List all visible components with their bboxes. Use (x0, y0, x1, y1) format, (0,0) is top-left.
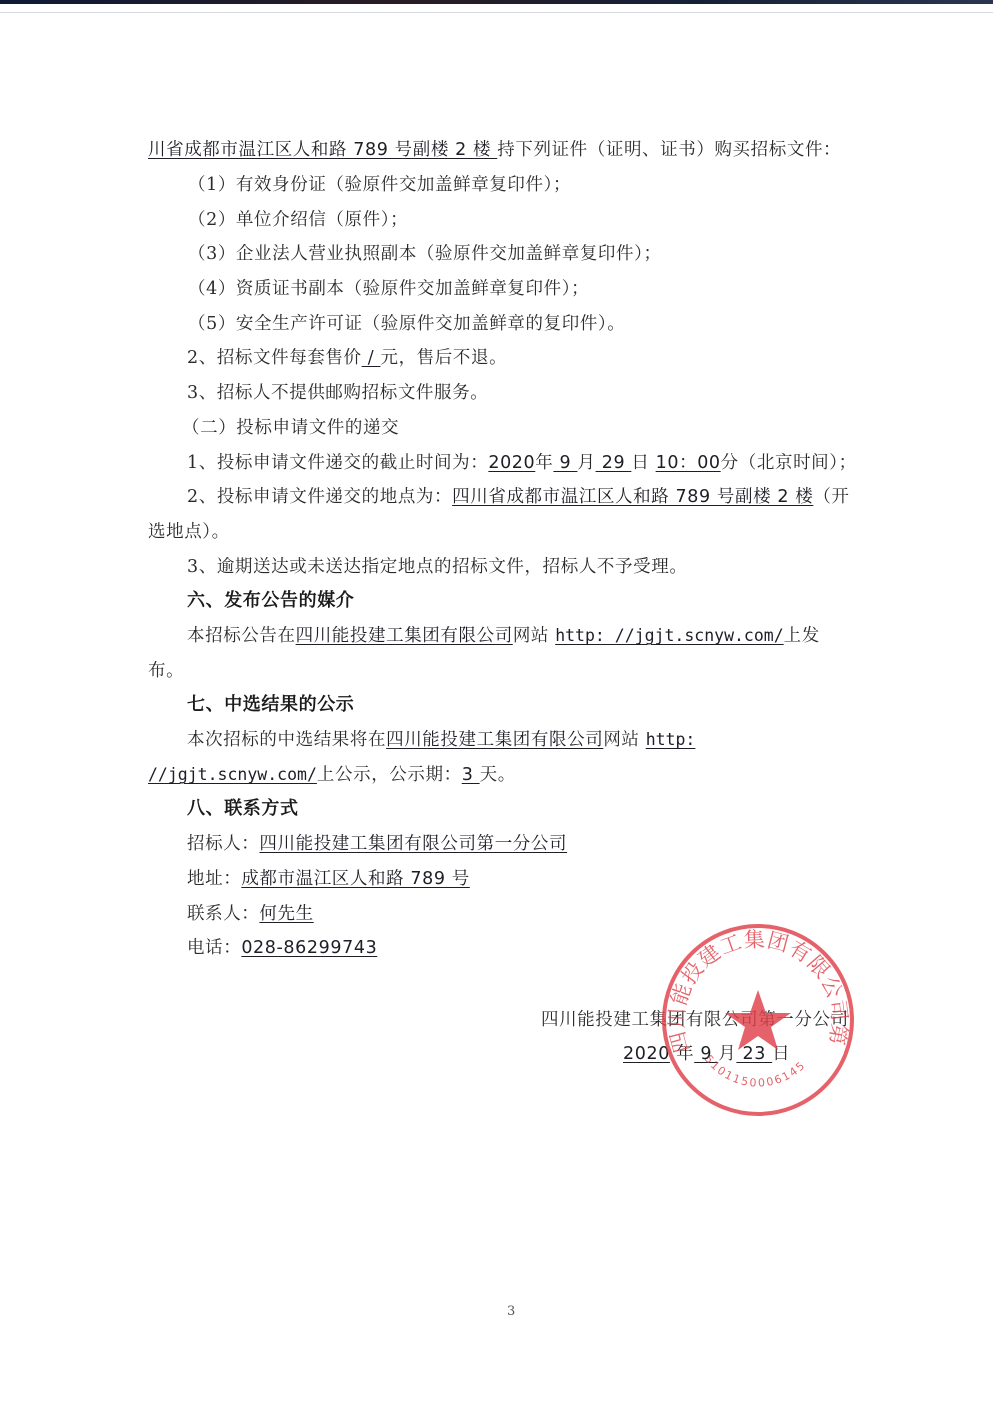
location-clause-cont: 选地点）。 (148, 520, 230, 544)
publication-media-cont: 布。 (148, 659, 184, 683)
subsection-submission: （二）投标申请文件的递交 (182, 416, 399, 440)
purchase-address: 川省成都市温江区人和路 789 号副楼 2 楼 (148, 140, 497, 160)
no-mail-clause: 3、招标人不提供邮购招标文件服务。 (187, 381, 488, 405)
tenderer-row: 招标人：四川能投建工集团有限公司第一分公司 (187, 832, 567, 856)
result-website-label: 网站 (603, 730, 645, 750)
address-label: 地址： (187, 869, 241, 889)
result-url-link-part2[interactable]: //jgjt.scnyw.com/ (148, 765, 317, 784)
address-value: 成都市温江区人和路 789 号 (241, 869, 470, 889)
section-6-heading: 六、发布公告的媒介 (187, 589, 354, 613)
period-unit: 天。 (480, 765, 516, 785)
contact-label: 联系人： (187, 904, 259, 924)
price-note: 元，售后不退。 (380, 348, 507, 368)
price-value: / (362, 348, 381, 368)
price-clause: 2、招标文件每套售价 / 元，售后不退。 (187, 346, 507, 370)
deadline-year: 2020 (488, 453, 535, 473)
requirements-intro: 川省成都市温江区人和路 789 号副楼 2 楼 持下列证件（证明、证书）购买招标… (148, 138, 841, 162)
requirement-item-2: （2）单位介绍信（原件）； (188, 208, 408, 232)
signature-day: 23 (736, 1044, 772, 1064)
requirement-item-3: （3）企业法人营业执照副本（验原件交加盖鲜章复印件）； (188, 242, 662, 266)
section-8-heading: 八、联系方式 (187, 797, 299, 821)
website-label: 网站 (513, 626, 555, 646)
page-number: 3 (507, 1304, 515, 1319)
signature-month-unit: 月 (718, 1044, 736, 1064)
requirement-item-1: （1）有效身份证（验原件交加盖鲜章复印件）； (188, 173, 571, 197)
signature-company: 四川能投建工集团有限公司第一分公司 (541, 1008, 849, 1032)
day-unit: 日 (631, 453, 655, 473)
location-note: （开 (813, 487, 849, 507)
seal-ring-text: 四川能投建工集团有限公司第一分公司 (660, 922, 852, 1055)
result-company: 四川能投建工集团有限公司 (386, 730, 603, 750)
submission-address: 四川省成都市温江区人和路 789 号副楼 2 楼 (452, 487, 813, 507)
deadline-time: 10：00 (656, 453, 721, 473)
deadline-clause: 1、投标申请文件递交的截止时间为：2020年 9 月 29 日 10：00分（北… (187, 451, 857, 475)
signature-date: 2020 年 9 月 23 日 (623, 1042, 790, 1066)
result-publicity-cont: //jgjt.scnyw.com/上公示，公示期：3 天。 (148, 763, 516, 787)
publicity-period: 3 (462, 765, 480, 785)
requirement-item-4: （4）资质证书副本（验原件交加盖鲜章复印件）； (188, 277, 589, 301)
publication-media-text: 本招标公告在四川能投建工集团有限公司网站 http: //jgjt.scnyw.… (187, 624, 820, 648)
result-period-label: 上公示，公示期： (317, 765, 462, 785)
deadline-timezone: 分（北京时间）； (721, 453, 857, 473)
deadline-month: 9 (553, 453, 577, 473)
result-publicity-text: 本次招标的中选结果将在四川能投建工集团有限公司网站 http: (187, 728, 695, 752)
deadline-label: 1、投标申请文件递交的截止时间为： (187, 453, 488, 473)
year-unit: 年 (535, 453, 553, 473)
tenderer-label: 招标人： (187, 834, 259, 854)
location-label: 2、投标申请文件递交的地点为： (187, 487, 452, 507)
location-clause: 2、投标申请文件递交的地点为：四川省成都市温江区人和路 789 号副楼 2 楼（… (187, 485, 850, 509)
result-pre: 本次招标的中选结果将在 (187, 730, 386, 750)
signature-year: 2020 (623, 1044, 670, 1064)
phone-label: 电话： (187, 938, 241, 958)
publisher-company: 四川能投建工集团有限公司 (296, 626, 513, 646)
contact-row: 联系人：何先生 (187, 902, 314, 926)
result-url-link-part1[interactable]: http: (646, 730, 696, 749)
publication-post: 上发 (784, 626, 820, 646)
signature-day-unit: 日 (772, 1044, 790, 1064)
phone-row: 电话：028-86299743 (187, 936, 377, 960)
scan-top-line (0, 12, 993, 13)
section-7-heading: 七、中选结果的公示 (187, 693, 354, 717)
publication-pre: 本招标公告在 (187, 626, 296, 646)
late-submission-clause: 3、逾期送达或未送达指定地点的招标文件，招标人不予受理。 (187, 555, 687, 579)
requirement-item-5: （5）安全生产许可证（验原件交加盖鲜章的复印件）。 (188, 312, 625, 336)
contact-value: 何先生 (259, 904, 313, 924)
month-unit: 月 (577, 453, 595, 473)
requirements-intro-text: 持下列证件（证明、证书）购买招标文件： (497, 140, 841, 160)
signature-month: 9 (694, 1044, 718, 1064)
deadline-day: 29 (596, 453, 632, 473)
signature-year-unit: 年 (670, 1044, 694, 1064)
tenderer-value: 四川能投建工集团有限公司第一分公司 (259, 834, 567, 854)
phone-value: 028-86299743 (241, 938, 377, 958)
publication-url-link[interactable]: http: //jgjt.scnyw.com/ (555, 626, 783, 645)
price-label: 2、招标文件每套售价 (187, 348, 362, 368)
scan-top-edge (0, 0, 993, 4)
address-row: 地址：成都市温江区人和路 789 号 (187, 867, 470, 891)
